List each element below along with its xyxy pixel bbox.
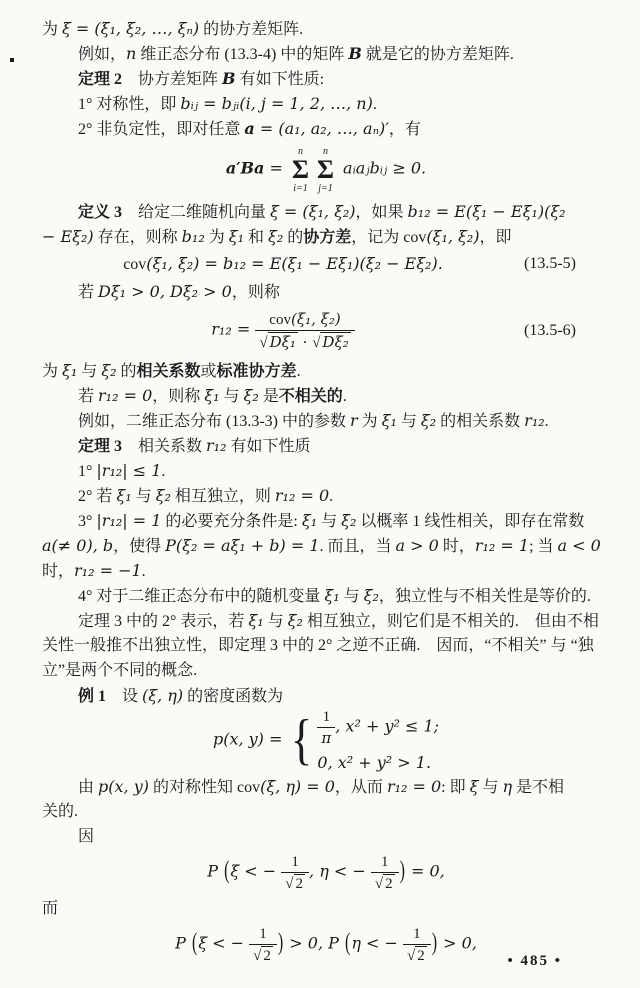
text-run: ，独立性与不相关性是等价的. xyxy=(379,588,591,605)
text-run: 有如下性质 xyxy=(227,438,311,455)
text-run: 3° xyxy=(78,513,96,530)
formula-line: p(x, y) = {1π, x² + y² ≤ 1;0, x² + y² > … xyxy=(42,708,610,774)
math-run: P xyxy=(207,861,223,880)
summation: nΣi=1 xyxy=(292,146,309,194)
text-line: 定理 3 相关系数 r₁₂ 有如下性质 xyxy=(42,433,610,458)
bold-text-run: 定理 2 xyxy=(78,71,122,88)
text-run: . 而且，当 xyxy=(320,538,396,555)
formula-main: cov(ξ₁, ξ₂) = b₁₂ = E(ξ₁ − Eξ₁)(ξ₂ − Eξ₂… xyxy=(42,254,524,274)
bold-text-run: 不相关的 xyxy=(279,388,343,405)
scan-artifact-dot xyxy=(10,58,14,62)
cases-row: 1π, x² + y² ≤ 1; xyxy=(317,708,439,748)
text-line: 若 Dξ₁ > 0, Dξ₂ > 0，则称 xyxy=(42,279,610,304)
text-run: 为 xyxy=(358,413,382,430)
text-run: 为 xyxy=(42,21,62,38)
text-run: ，即 xyxy=(480,229,512,246)
radicand: Dξ₁ xyxy=(268,332,298,352)
piecewise-cases: {1π, x² + y² ≤ 1;0, x² + y² > 1. xyxy=(288,708,440,773)
square-root: √2 xyxy=(407,946,427,965)
fraction-numerator: 1 xyxy=(371,853,399,873)
page-number: • 485 • xyxy=(507,953,562,970)
radical-icon: √ xyxy=(407,948,415,964)
bold-text-run: 例 1 xyxy=(78,688,106,705)
text-run: 的 xyxy=(117,363,137,380)
text-run: 与 xyxy=(77,363,101,380)
radical-icon: √ xyxy=(312,335,320,351)
math-run: ξ₁ xyxy=(382,411,397,430)
text-run: 例如，二维正态分布 (13.3-3) 中的参数 xyxy=(78,413,350,430)
math-fraction: 1√2 xyxy=(371,853,399,893)
formula-line: cov(ξ₁, ξ₂) = b₁₂ = E(ξ₁ − Eξ₁)(ξ₂ − Eξ₂… xyxy=(42,249,610,279)
text-run: 的必要充分条件是: xyxy=(161,513,301,530)
math-run: ξ₁ xyxy=(229,227,244,246)
text-run: 与 xyxy=(220,388,244,405)
text-run: 和 xyxy=(244,229,268,246)
text-run: 时， xyxy=(439,538,475,555)
text-run: 2 xyxy=(417,948,425,964)
text-run: 2 xyxy=(296,876,304,892)
text-line: 关的. xyxy=(42,799,610,824)
math-run: ξ₁ xyxy=(248,611,263,630)
math-fraction: 1π xyxy=(317,708,335,748)
math-run: r₁₂ xyxy=(524,411,544,430)
big-paren: ( xyxy=(224,858,229,886)
math-run: ξ < − xyxy=(230,861,281,880)
text-line: 若 r₁₂ = 0，则称 ξ₁ 与 ξ₂ 是不相关的. xyxy=(42,383,610,408)
text-run: 的密度函数为 xyxy=(183,688,283,705)
text-run: 的协方差矩阵. xyxy=(199,21,303,38)
math-run: > 0, xyxy=(284,933,328,952)
math-run: b₁₂ = E(ξ₁ − Eξ₁)(ξ₂ xyxy=(408,202,566,221)
big-paren: ( xyxy=(192,930,197,958)
text-run: ; 当 xyxy=(529,538,557,555)
text-line: 定理 3 中的 2° 表示，若 ξ₁ 与 ξ₂ 相互独立，则它们是不相关的. 但… xyxy=(42,608,610,633)
square-root: √2 xyxy=(253,946,273,965)
math-run: r₁₂ = 1 xyxy=(475,536,529,555)
math-run: |r₁₂| = 1 xyxy=(96,511,161,530)
math-run: (ξ₁, ξ₂) = b₁₂ = E(ξ₁ − Eξ₁)(ξ₂ − Eξ₂). xyxy=(146,254,443,273)
big-paren: ) xyxy=(432,930,437,958)
text-run: 的相关系数 xyxy=(436,413,524,430)
bold-text-run: 相关系数 xyxy=(137,363,201,380)
math-run: b₁₂ xyxy=(182,227,205,246)
text-run: 相关系数 xyxy=(122,438,206,455)
math-run: ξ = (ξ₁, ξ₂) xyxy=(270,202,356,221)
text-run: 若 xyxy=(78,388,98,405)
bold-math-run: a xyxy=(244,119,254,138)
text-run: 关性一般推不出独立性，即定理 3 中的 2° 之逆不正确. 因而，“不相关” 与… xyxy=(42,637,594,654)
text-run: 是不相 xyxy=(512,779,564,796)
fraction-denominator: √2 xyxy=(281,873,309,893)
text-run: 2 xyxy=(263,948,271,964)
text-run: . xyxy=(142,563,146,580)
math-run: r xyxy=(350,411,358,430)
text-run: 1 xyxy=(381,854,389,870)
math-run: ξ < − xyxy=(198,933,249,952)
text-run: 与 xyxy=(478,779,502,796)
math-run: aᵢaⱼbᵢⱼ ≥ 0. xyxy=(338,159,426,178)
summation: nΣj=1 xyxy=(317,146,334,194)
fraction-numerator: 1 xyxy=(403,925,431,945)
text-run: 与 xyxy=(397,413,421,430)
square-root: √2 xyxy=(375,874,395,893)
math-fraction: 1√2 xyxy=(403,925,431,965)
bold-text-run: 定义 3 xyxy=(78,204,122,221)
text-run: 若 xyxy=(78,284,98,301)
text-line: 例 1 设 (ξ, η) 的密度函数为 xyxy=(42,683,610,708)
math-run: 0, x² + y² > 1. xyxy=(317,753,431,772)
math-run: ξ₁ xyxy=(302,511,317,530)
text-run: ，有 xyxy=(389,121,421,138)
text-run: 立”是两个不同的概念. xyxy=(42,662,197,679)
text-line: 为 ξ = (ξ₁, ξ₂, …, ξₙ) 的协方差矩阵. xyxy=(42,16,610,41)
math-run: r₁₂ = 0 xyxy=(275,486,329,505)
formula-line: a′Ba = nΣi=1nΣj=1 aᵢaⱼbᵢⱼ ≥ 0. xyxy=(42,141,610,199)
sigma-icon: Σ xyxy=(292,157,309,183)
text-line: 例如，n 维正态分布 (13.3-4) 中的矩阵 B 就是它的协方差矩阵. xyxy=(42,41,610,66)
radicand: 2 xyxy=(261,946,273,965)
square-root: √Dξ₂ xyxy=(312,332,351,352)
math-run: ξ₂ xyxy=(341,511,356,530)
math-run: , x² + y² ≤ 1; xyxy=(335,717,439,736)
math-run: Dξ₁ > 0, Dξ₂ > 0 xyxy=(98,282,232,301)
math-run: r₁₂ = 0 xyxy=(387,777,441,796)
text-run: 关的. xyxy=(42,803,78,820)
math-run: ξ₂ xyxy=(244,386,259,405)
text-run: ，记为 xyxy=(351,229,403,246)
math-run: bᵢⱼ = bⱼᵢ(i, j = 1, 2, …, n) xyxy=(180,94,372,113)
text-run: . xyxy=(545,413,549,430)
bold-text-run: 协方差 xyxy=(303,229,351,246)
text-line: 4° 对于二维正态分布中的随机变量 ξ₁ 与 ξ₂，独立性与不相关性是等价的. xyxy=(42,583,610,608)
text-line: 1° |r₁₂| ≤ 1. xyxy=(42,458,610,483)
text-run: 定理 3 中的 2° 表示，若 xyxy=(78,613,248,630)
text-run: . xyxy=(161,463,165,480)
text-run: 1 xyxy=(259,926,267,942)
big-paren: ) xyxy=(400,858,405,886)
math-run: ξ = (ξ₁, ξ₂, …, ξₙ) xyxy=(62,19,199,38)
text-run: 或 xyxy=(201,363,217,380)
square-root: √Dξ₁ xyxy=(259,332,298,352)
bold-text-run: 标准协方差 xyxy=(217,363,297,380)
roman-math-run: cov xyxy=(237,779,260,796)
text-run: 2 xyxy=(385,876,393,892)
math-run: (ξ, η) xyxy=(142,686,183,705)
math-fraction: 1√2 xyxy=(281,853,309,893)
text-run: 相互独立，则 xyxy=(171,488,275,505)
text-line: 关性一般推不出独立性，即定理 3 中的 2° 之逆不正确. 因而，“不相关” 与… xyxy=(42,633,610,658)
formula-line: P (ξ < − 1√2, η < − 1√2) = 0, xyxy=(42,849,610,896)
text-run: 相互独立，则它们是不相关的. 但由不相 xyxy=(303,613,599,630)
text-line: 定理 2 协方差矩阵 B 有如下性质: xyxy=(42,66,610,91)
math-run: (ξ₁, ξ₂) xyxy=(426,227,479,246)
math-run: ξ₂ xyxy=(156,486,171,505)
formula-line: r₁₂ = cov(ξ₁, ξ₂)√Dξ₁ · √Dξ₂(13.5-6) xyxy=(42,304,610,358)
text-run: 为 xyxy=(42,363,62,380)
math-run: ξ₂ xyxy=(268,227,283,246)
text-run: 有如下性质: xyxy=(236,71,324,88)
math-run: Dξ₂ xyxy=(322,333,348,351)
radicand: 2 xyxy=(294,874,306,893)
fraction-numerator: 1 xyxy=(317,708,335,728)
math-run: η < − xyxy=(351,933,403,952)
text-run: . xyxy=(343,388,347,405)
cases-rows: 1π, x² + y² ≤ 1;0, x² + y² > 1. xyxy=(317,708,439,773)
radical-icon: √ xyxy=(285,876,293,892)
roman-math-run: cov xyxy=(269,312,291,328)
text-line: 3° |r₁₂| = 1 的必要充分条件是: ξ₁ 与 ξ₂ 以概率 1 线性相… xyxy=(42,508,610,533)
equation-number: (13.5-5) xyxy=(524,255,610,273)
text-run: ，则称 xyxy=(232,284,280,301)
math-run: (ξ₁, ξ₂) xyxy=(291,310,341,328)
formula-main: p(x, y) = {1π, x² + y² ≤ 1;0, x² + y² > … xyxy=(42,708,610,773)
sigma-icon: Σ xyxy=(317,157,334,183)
formula-main: a′Ba = nΣi=1nΣj=1 aᵢaⱼbᵢⱼ ≥ 0. xyxy=(42,146,610,194)
math-run: a > 0 xyxy=(396,536,439,555)
text-run: 2° 非负定性，即对任意 xyxy=(78,121,244,138)
math-run: η xyxy=(502,777,512,796)
text-run: ，使得 xyxy=(113,538,165,555)
text-run: 以概率 1 线性相关，即存在常数 xyxy=(356,513,584,530)
fraction-denominator: √Dξ₁ · √Dξ₂ xyxy=(255,331,354,352)
text-line: 时，r₁₂ = −1. xyxy=(42,558,610,583)
text-run: . xyxy=(297,363,301,380)
text-run: 1° xyxy=(78,463,96,480)
big-paren: ) xyxy=(278,930,283,958)
formula-main: P (ξ < − 1√2, η < − 1√2) = 0, xyxy=(42,853,610,893)
math-run: , η < − xyxy=(309,861,371,880)
text-run: . xyxy=(329,488,333,505)
math-run: a < 0 xyxy=(558,536,601,555)
text-line: 而 xyxy=(42,896,610,921)
text-line: 立”是两个不同的概念. xyxy=(42,658,610,683)
text-run: 是 xyxy=(259,388,279,405)
text-run: ，如果 xyxy=(356,204,408,221)
math-run: = 0, xyxy=(406,861,445,880)
math-run: Dξ₁ xyxy=(270,333,296,351)
text-run: ，则称 xyxy=(152,388,204,405)
text-run: . xyxy=(373,96,377,113)
fraction-denominator: π xyxy=(317,728,335,748)
text-run: 4° 对于二维正态分布中的随机变量 xyxy=(78,588,324,605)
math-fraction: 1√2 xyxy=(249,925,277,965)
math-run: ξ₂ xyxy=(101,361,116,380)
text-run: 设 xyxy=(106,688,142,705)
math-run: ξ₂ xyxy=(421,411,436,430)
text-line: 定义 3 给定二维随机向量 ξ = (ξ₁, ξ₂)，如果 b₁₂ = E(ξ₁… xyxy=(42,199,610,224)
math-run: = xyxy=(264,159,288,178)
math-run: P xyxy=(328,933,344,952)
math-run: > 0, xyxy=(438,933,477,952)
text-run: 存在，则称 xyxy=(94,229,182,246)
text-run: 维正态分布 (13.3-4) 中的矩阵 xyxy=(136,46,348,63)
math-run: = (a₁, a₂, …, aₙ)′ xyxy=(255,119,389,138)
text-run: 而 xyxy=(42,900,58,917)
math-run: ξ₁ xyxy=(62,361,77,380)
math-run: − Eξ₂) xyxy=(42,227,94,246)
cases-row: 0, x² + y² > 1. xyxy=(317,753,439,773)
fraction-denominator: √2 xyxy=(249,945,277,965)
math-run: (ξ, η) = 0 xyxy=(260,777,335,796)
equation-number: (13.5-6) xyxy=(524,322,610,340)
text-run: 的对称性知 xyxy=(149,779,237,796)
math-run: r₁₂ = xyxy=(211,320,255,339)
bold-math-run: a′Ba xyxy=(226,159,264,178)
fraction-numerator: cov(ξ₁, ξ₂) xyxy=(255,310,354,331)
text-run: 的 xyxy=(283,229,303,246)
math-run: π xyxy=(321,729,331,747)
text-run: 与 xyxy=(317,513,341,530)
math-run: a(≠ 0), b xyxy=(42,536,113,555)
radical-icon: √ xyxy=(253,948,261,964)
text-run: 与 xyxy=(264,613,288,630)
text-line: − Eξ₂) 存在，则称 b₁₂ 为 ξ₁ 和 ξ₂ 的协方差，记为 cov(ξ… xyxy=(42,224,610,249)
sum-lower-limit: j=1 xyxy=(318,183,333,194)
sum-lower-limit: i=1 xyxy=(293,183,308,194)
radicand: 2 xyxy=(415,946,427,965)
text-run: 由 xyxy=(78,779,98,796)
textbook-page: 为 ξ = (ξ₁, ξ₂, …, ξₙ) 的协方差矩阵.例如，n 维正态分布 … xyxy=(0,0,640,988)
text-run: 为 xyxy=(205,229,229,246)
text-run: 1 xyxy=(323,709,331,725)
text-run: 例如， xyxy=(78,46,126,63)
math-run: ξ₁ xyxy=(116,486,131,505)
fraction-numerator: 1 xyxy=(249,925,277,945)
radicand: Dξ₂ xyxy=(320,332,350,352)
bold-text-run: 定理 3 xyxy=(78,438,122,455)
cases-brace-icon: { xyxy=(290,717,312,765)
text-line: 2° 若 ξ₁ 与 ξ₂ 相互独立，则 r₁₂ = 0. xyxy=(42,483,610,508)
text-run: 因 xyxy=(78,828,94,845)
text-line: 例如，二维正态分布 (13.3-3) 中的参数 r 为 ξ₁ 与 ξ₂ 的相关系… xyxy=(42,408,610,433)
math-run: P xyxy=(175,933,191,952)
math-run: p(x, y) = xyxy=(213,730,288,749)
text-run: 就是它的协方差矩阵. xyxy=(362,46,514,63)
fraction-denominator: √2 xyxy=(403,945,431,965)
math-run: ξ₂ xyxy=(364,586,379,605)
square-root: √2 xyxy=(285,874,305,893)
big-paren: ( xyxy=(345,930,350,958)
text-run: ，从而 xyxy=(335,779,387,796)
text-run: 1° 对称性，即 xyxy=(78,96,180,113)
text-line: 由 p(x, y) 的对称性知 cov(ξ, η) = 0，从而 r₁₂ = 0… xyxy=(42,774,610,799)
text-run: 与 xyxy=(132,488,156,505)
bold-math-run: B xyxy=(348,44,362,63)
math-run: n xyxy=(126,44,136,63)
math-run: · xyxy=(298,333,312,351)
math-run: |r₁₂| ≤ 1 xyxy=(96,461,161,480)
text-run: 2° 若 xyxy=(78,488,116,505)
text-line: 2° 非负定性，即对任意 a = (a₁, a₂, …, aₙ)′，有 xyxy=(42,116,610,141)
text-run: 时， xyxy=(42,563,74,580)
math-run: r₁₂ xyxy=(206,436,226,455)
text-run: : 即 xyxy=(441,779,469,796)
formula-main: r₁₂ = cov(ξ₁, ξ₂)√Dξ₁ · √Dξ₂ xyxy=(42,310,524,352)
text-run: 1 xyxy=(291,854,299,870)
text-run: 协方差矩阵 xyxy=(122,71,222,88)
radical-icon: √ xyxy=(375,876,383,892)
text-line: 为 ξ₁ 与 ξ₂ 的相关系数或标准协方差. xyxy=(42,358,610,383)
fraction-numerator: 1 xyxy=(281,853,309,873)
roman-math-run: cov xyxy=(123,256,146,273)
math-fraction: cov(ξ₁, ξ₂)√Dξ₁ · √Dξ₂ xyxy=(255,310,354,352)
text-line: 1° 对称性，即 bᵢⱼ = bⱼᵢ(i, j = 1, 2, …, n). xyxy=(42,91,610,116)
text-line: a(≠ 0), b，使得 P(ξ₂ = aξ₁ + b) = 1. 而且，当 a… xyxy=(42,533,610,558)
math-run: ξ₁ xyxy=(324,586,339,605)
fraction-denominator: √2 xyxy=(371,873,399,893)
text-line: 因 xyxy=(42,824,610,849)
math-run: P(ξ₂ = aξ₁ + b) = 1 xyxy=(165,536,319,555)
math-run: r₁₂ = 0 xyxy=(98,386,152,405)
math-run: ξ₁ xyxy=(204,386,219,405)
roman-math-run: cov xyxy=(403,229,426,246)
math-run: ξ₂ xyxy=(288,611,303,630)
bold-math-run: B xyxy=(222,69,236,88)
text-run: 1 xyxy=(413,926,421,942)
radicand: 2 xyxy=(383,874,395,893)
page-body-text: 为 ξ = (ξ₁, ξ₂, …, ξₙ) 的协方差矩阵.例如，n 维正态分布 … xyxy=(42,16,610,968)
text-run: 与 xyxy=(340,588,364,605)
text-run: 给定二维随机向量 xyxy=(122,204,270,221)
math-run: p(x, y) xyxy=(98,777,149,796)
math-run: r₁₂ = −1 xyxy=(74,561,142,580)
radical-icon: √ xyxy=(259,335,267,351)
